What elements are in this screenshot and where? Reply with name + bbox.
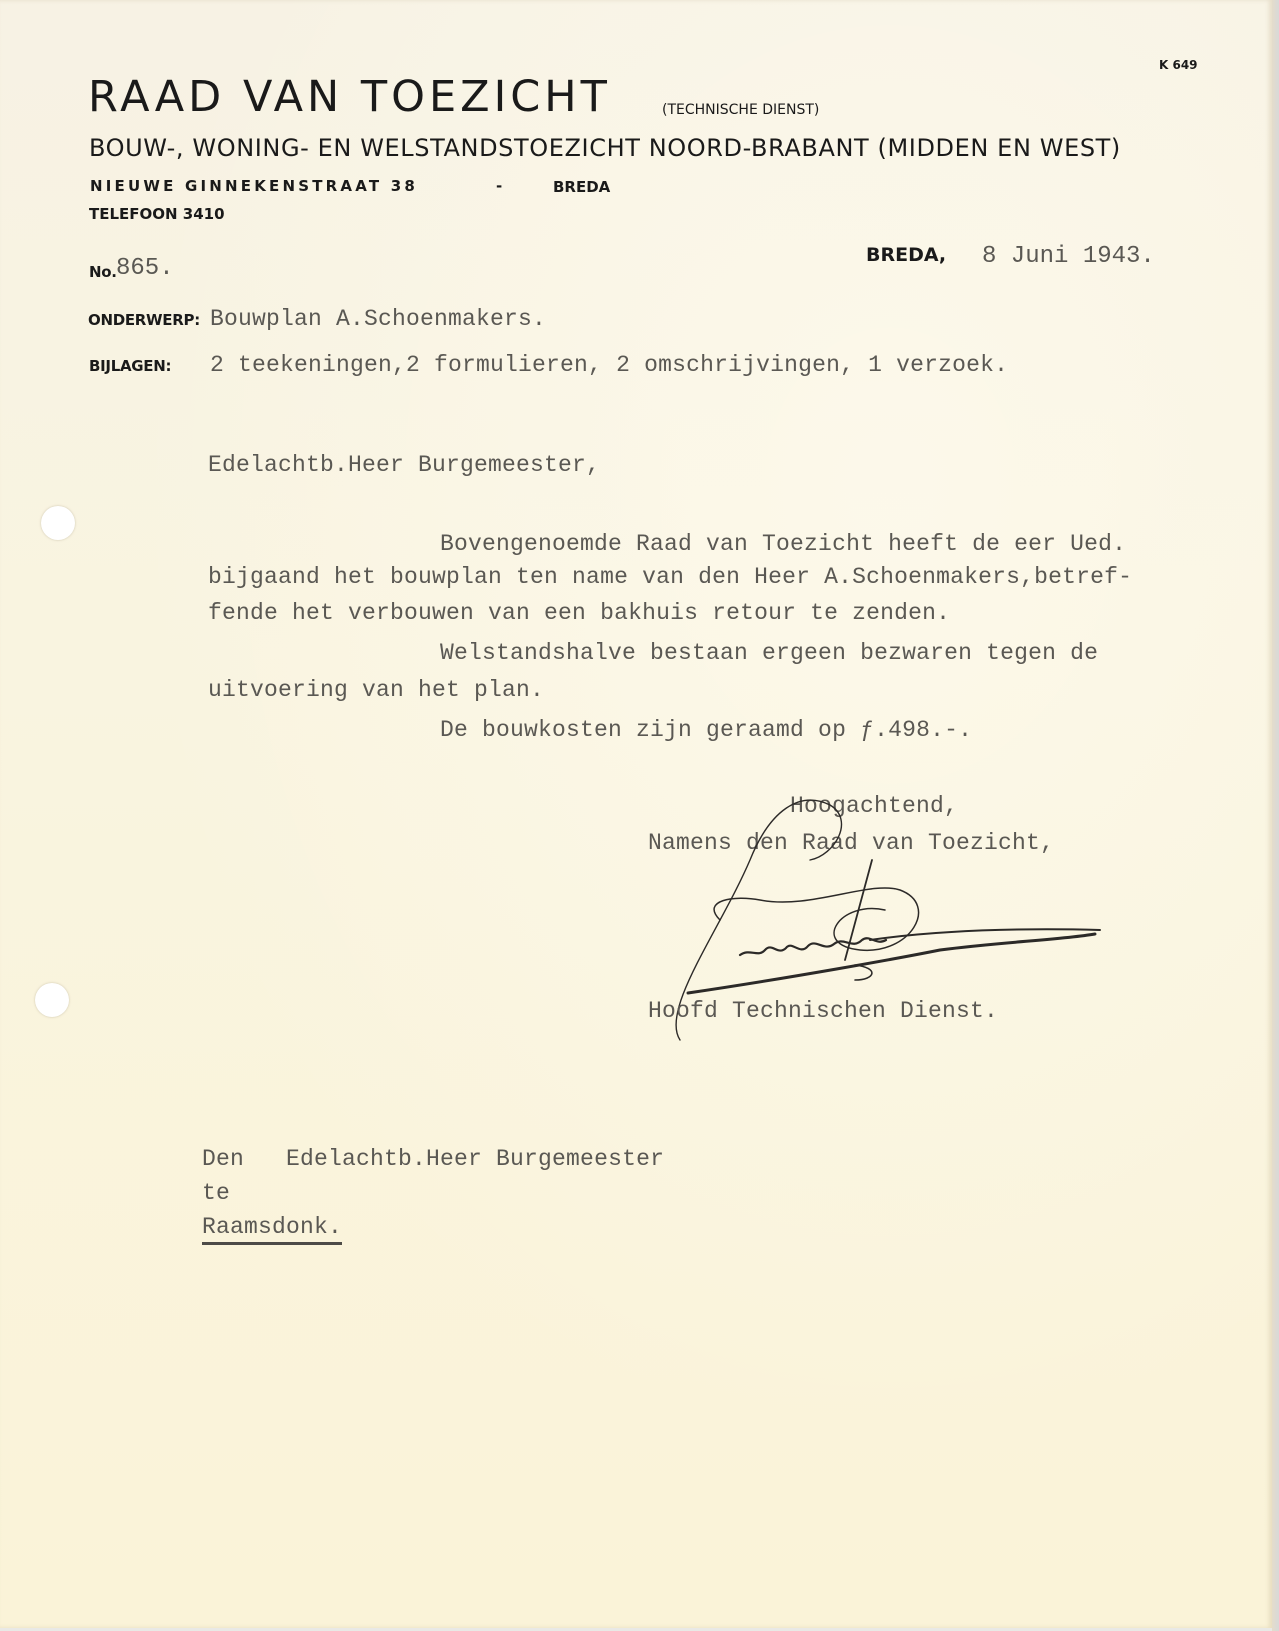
addressee-line: te bbox=[202, 1180, 230, 1206]
salutation: Edelachtb.Heer Burgemeester, bbox=[208, 452, 600, 478]
reference-code: K 649 bbox=[1159, 58, 1198, 72]
punch-hole-top bbox=[41, 506, 75, 540]
subject-label: ONDERWERP: bbox=[88, 311, 200, 329]
place-label: BREDA, bbox=[866, 244, 946, 266]
subject-value: Bouwplan A.Schoenmakers. bbox=[210, 306, 546, 332]
body-line: Welstandshalve bestaan ergeen bezwaren t… bbox=[440, 640, 1098, 666]
body-line: De bouwkosten zijn geraamd op ƒ.498.-. bbox=[440, 717, 972, 743]
punch-hole-bottom bbox=[35, 983, 69, 1017]
letterhead-address: NIEUWE GINNEKENSTRAAT 38 bbox=[90, 177, 418, 195]
body-line: fende het verbouwen van een bakhuis reto… bbox=[208, 600, 950, 626]
attachments-value: 2 teekeningen,2 formulieren, 2 omschrijv… bbox=[210, 352, 1008, 378]
body-line: uitvoering van het plan. bbox=[208, 677, 544, 703]
addressee-city: Raamsdonk. bbox=[202, 1214, 342, 1245]
letter-date: 8 Juni 1943. bbox=[982, 243, 1155, 270]
body-line: Bovengenoemde Raad van Toezicht heeft de… bbox=[440, 531, 1126, 557]
letterhead-title: RAAD VAN TOEZICHT bbox=[88, 72, 611, 122]
sheet-edge bbox=[1272, 0, 1279, 1631]
letterhead-phone: TELEFOON 3410 bbox=[89, 205, 225, 223]
letterhead-city: BREDA bbox=[553, 178, 610, 196]
body-line: bijgaand het bouwplan ten name van den H… bbox=[208, 564, 1132, 590]
signatory-title: Hoofd Technischen Dienst. bbox=[648, 998, 998, 1024]
letterhead-title-suffix: (TECHNISCHE DIENST) bbox=[662, 102, 819, 118]
letterhead-separator: - bbox=[496, 177, 502, 195]
letterhead-subtitle: BOUW-, WONING- EN WELSTANDSTOEZICHT NOOR… bbox=[89, 134, 1121, 162]
number-value: 865. bbox=[116, 255, 174, 282]
addressee-line: Den Edelachtb.Heer Burgemeester bbox=[202, 1146, 664, 1172]
number-label: No. bbox=[89, 263, 117, 281]
attachments-label: BIJLAGEN: bbox=[89, 357, 171, 375]
